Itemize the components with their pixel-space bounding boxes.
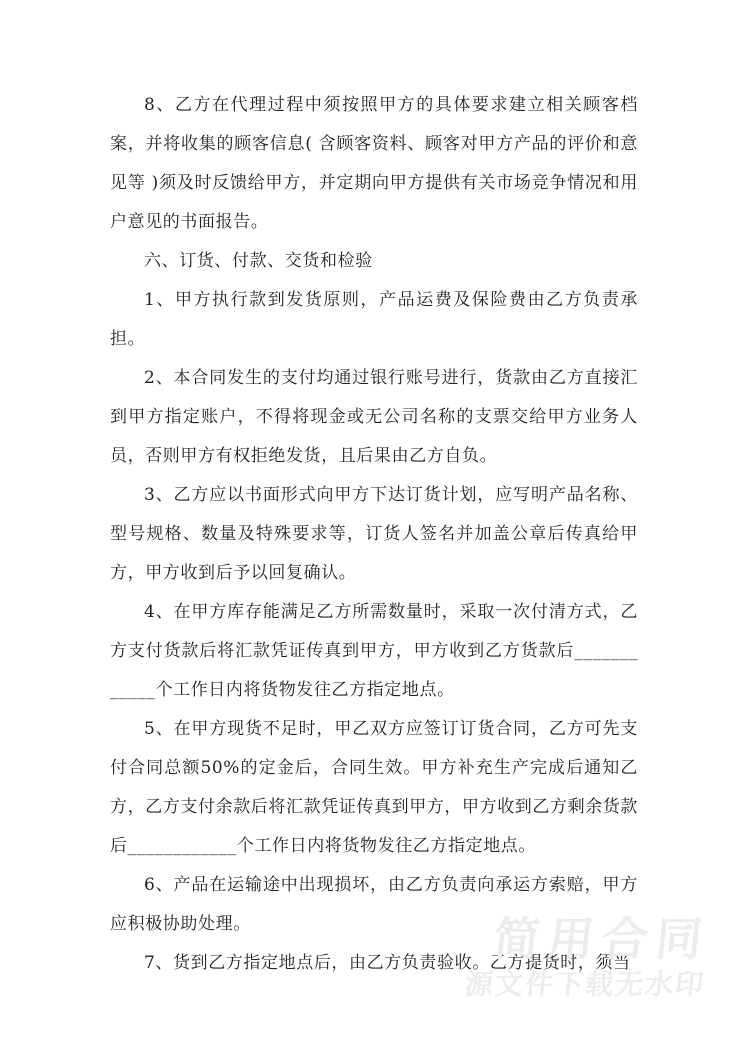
paragraph-clause-6-3: 3、乙方应以书面形式向甲方下达订货计划，应写明产品名称、型号规格、数量及特殊要求… (110, 476, 638, 593)
document-page: 8、乙方在代理过程中须按照甲方的具体要求建立相关顾客档案，并将收集的顾客信息( … (0, 0, 742, 1049)
paragraph-clause-6-2: 2、本合同发生的支付均通过银行账号进行，货款由乙方直接汇到甲方指定账户，不得将现… (110, 359, 638, 476)
paragraph-clause-6-1: 1、甲方执行款到发货原则，产品运费及保险费由乙方负责承担。 (110, 281, 638, 359)
paragraph-clause-6-5: 5、在甲方现货不足时，甲乙双方应签订订货合同，乙方可先支付合同总额50%的定金后… (110, 710, 638, 866)
paragraph-clause-6-6: 6、产品在运输途中出现损坏，由乙方负责向承运方索赔，甲方应积极协助处理。 (110, 866, 638, 944)
paragraph-clause-6-7: 7、货到乙方指定地点后，由乙方负责验收。乙方提货时，须当 (110, 944, 638, 983)
paragraph-clause-6-4: 4、在甲方库存能满足乙方所需数量时，采取一次付清方式，乙方支付货款后将汇款凭证传… (110, 593, 638, 710)
section-heading-6: 六、订货、付款、交货和检验 (110, 242, 638, 281)
contract-text-block: 8、乙方在代理过程中须按照甲方的具体要求建立相关顾客档案，并将收集的顾客信息( … (110, 86, 638, 983)
paragraph-clause-5-8: 8、乙方在代理过程中须按照甲方的具体要求建立相关顾客档案，并将收集的顾客信息( … (110, 86, 638, 242)
